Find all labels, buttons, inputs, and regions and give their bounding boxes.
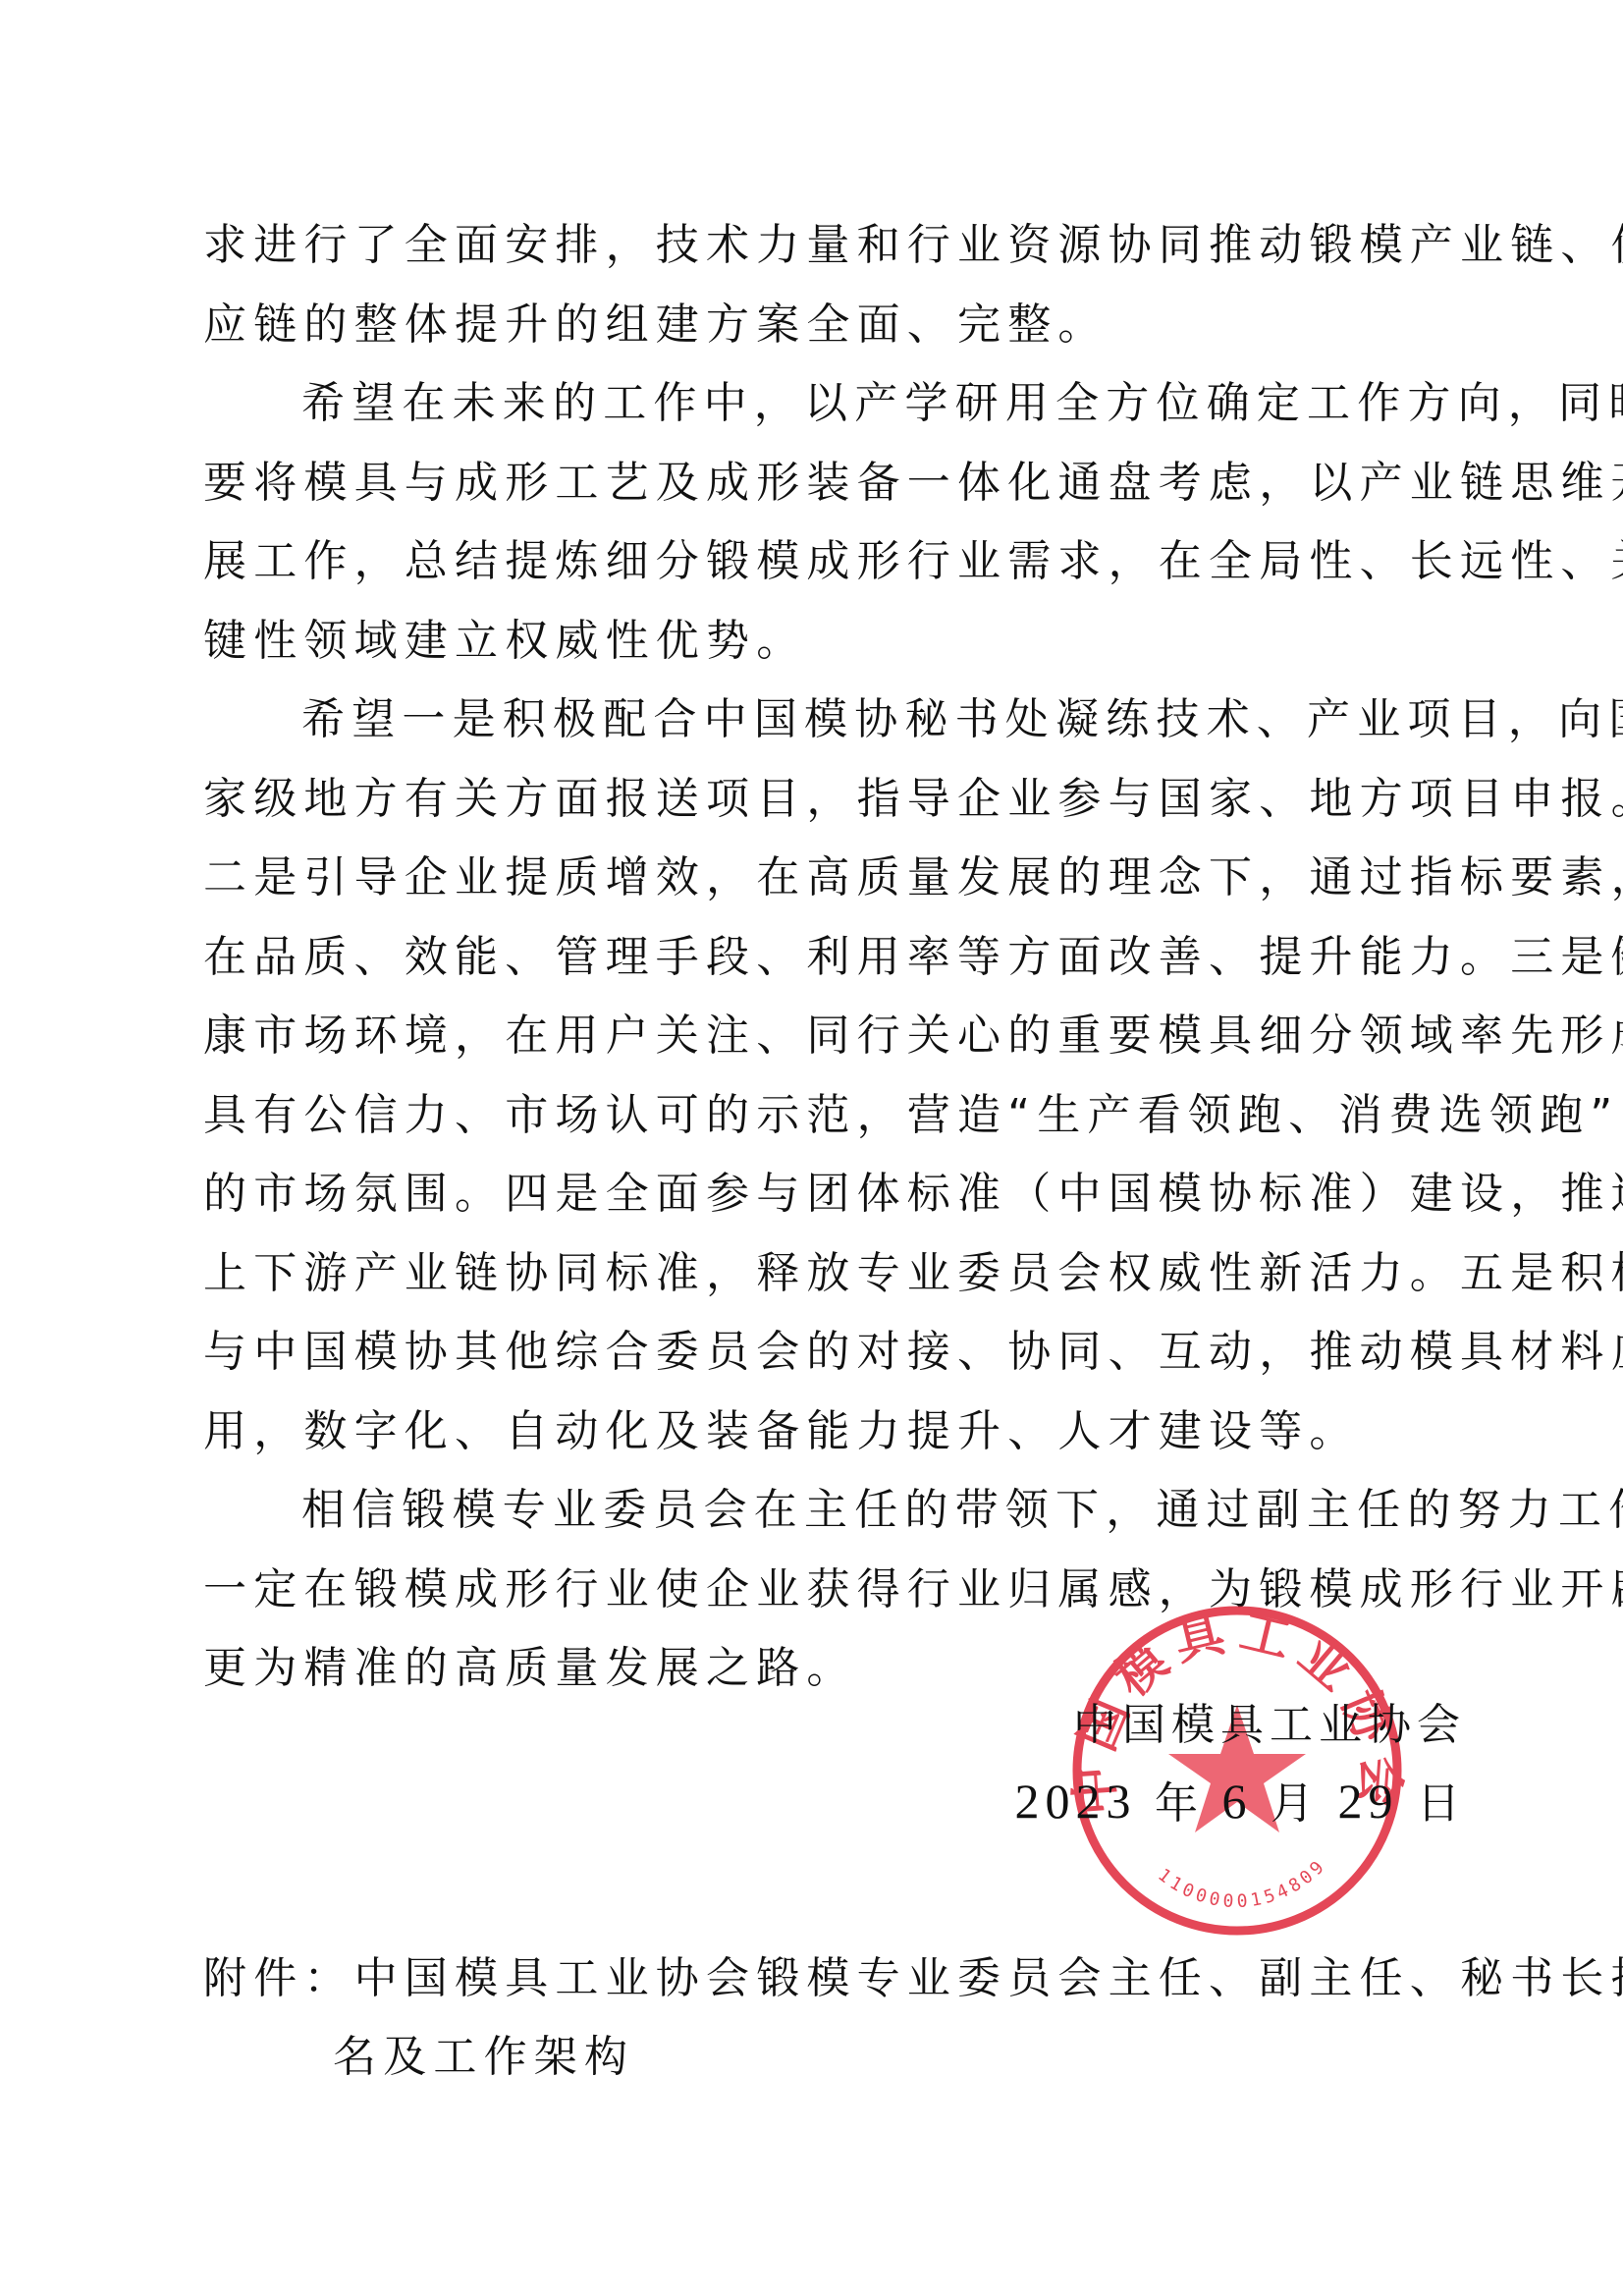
- paragraph-3-line-7: 的市场氛围。四是全面参与团体标准（中国模协标准）建设，推进: [203, 1155, 1480, 1234]
- document-page: 求进行了全面安排，技术力量和行业资源协同推动锻模产业链、供 应链的整体提升的组建…: [0, 0, 1623, 2296]
- paragraph-2-line-2: 要将模具与成形工艺及成形装备一体化通盘考虑，以产业链思维开: [203, 444, 1480, 523]
- attachment-line-2: 名及工作架构: [203, 2018, 1623, 2097]
- paragraph-1-line-1: 求进行了全面安排，技术力量和行业资源协同推动锻模产业链、供: [203, 206, 1480, 286]
- svg-text:1100000154809: 1100000154809: [1154, 1855, 1330, 1913]
- signature-organization: 中国模具工业协会: [1073, 1689, 1466, 1752]
- date-day: 29: [1338, 1774, 1399, 1829]
- paragraph-3-line-3: 二是引导企业提质增效，在高质量发展的理念下，通过指标要素，: [203, 839, 1480, 918]
- paragraph-2-line-4: 键性领域建立权威性优势。: [203, 602, 1480, 682]
- signature-date: 2023 年 6 月 29 日: [1015, 1768, 1467, 1831]
- date-year-unit: 年: [1155, 1778, 1204, 1829]
- attachment-line-1: 附件：中国模具工业协会锻模专业委员会主任、副主任、秘书长提: [203, 1940, 1623, 2018]
- attachment-section: 附件：中国模具工业协会锻模专业委员会主任、副主任、秘书长提 名及工作架构: [203, 1940, 1623, 2097]
- paragraph-2-line-1: 希望在未来的工作中，以产学研用全方位确定工作方向，同时: [203, 364, 1480, 444]
- paragraph-3-line-1: 希望一是积极配合中国模协秘书处凝练技术、产业项目，向国: [203, 681, 1480, 760]
- paragraph-3-line-8: 上下游产业链协同标准，释放专业委员会权威性新活力。五是积极: [203, 1234, 1480, 1314]
- date-year: 2023: [1015, 1774, 1137, 1829]
- paragraph-3-line-9: 与中国模协其他综合委员会的对接、协同、互动，推动模具材料应: [203, 1313, 1480, 1393]
- paragraph-3-line-2: 家级地方有关方面报送项目，指导企业参与国家、地方项目申报。: [203, 760, 1480, 840]
- date-month-unit: 月: [1271, 1778, 1320, 1829]
- paragraph-4-line-1: 相信锻模专业委员会在主任的带领下，通过副主任的努力工作，: [203, 1471, 1480, 1551]
- document-body: 求进行了全面安排，技术力量和行业资源协同推动锻模产业链、供 应链的整体提升的组建…: [203, 206, 1480, 1709]
- date-month: 6: [1222, 1774, 1253, 1829]
- paragraph-1-line-2: 应链的整体提升的组建方案全面、完整。: [203, 286, 1480, 365]
- paragraph-3-line-4: 在品质、效能、管理手段、利用率等方面改善、提升能力。三是健: [203, 918, 1480, 998]
- attachment-title: 中国模具工业协会锻模专业委员会主任、副主任、秘书长提: [354, 1953, 1623, 2003]
- date-day-unit: 日: [1417, 1778, 1466, 1829]
- paragraph-2-line-3: 展工作，总结提炼细分锻模成形行业需求，在全局性、长远性、关: [203, 522, 1480, 602]
- paragraph-3-line-5: 康市场环境，在用户关注、同行关心的重要模具细分领域率先形成: [203, 997, 1480, 1076]
- attachment-label: 附件：: [203, 1953, 354, 2003]
- paragraph-3-line-10: 用，数字化、自动化及装备能力提升、人才建设等。: [203, 1393, 1480, 1472]
- paragraph-3-line-6: 具有公信力、市场认可的示范，营造“生产看领跑、消费选领跑”: [203, 1076, 1480, 1156]
